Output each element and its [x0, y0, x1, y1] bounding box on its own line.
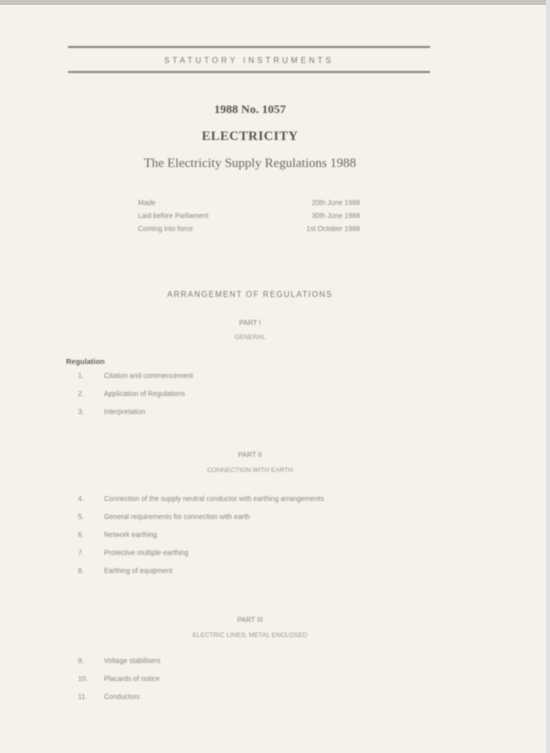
item-number: 7.: [78, 550, 104, 557]
arrangement-heading: ARRANGEMENT OF REGULATIONS: [0, 290, 500, 299]
date-row: Made 20th June 1988: [138, 200, 360, 213]
item-number: 9.: [78, 658, 104, 665]
item-number: 2.: [78, 391, 104, 398]
part-heading: GENERAL: [0, 334, 500, 341]
item-number: 10.: [78, 676, 104, 683]
date-value: 30th June 1988: [312, 213, 360, 226]
item-text: Network earthing: [104, 532, 157, 539]
date-label: Laid before Parliament: [138, 213, 208, 226]
date-label: Coming into force: [138, 226, 193, 239]
item-text: Placards of notice: [104, 676, 160, 683]
list-item: 2.Application of Regulations: [78, 385, 193, 403]
date-value: 20th June 1988: [312, 200, 360, 213]
regulation-column-label: Regulation: [66, 357, 105, 366]
list-item: 8.Earthing of equipment: [78, 562, 324, 580]
list-item: 7.Protective multiple earthing: [78, 544, 324, 562]
item-text: Protective multiple earthing: [104, 550, 188, 557]
list-item: 10.Placards of notice: [78, 670, 160, 688]
list-item: 3.Interpretation: [78, 403, 193, 421]
item-number: 8.: [78, 568, 104, 575]
date-row: Laid before Parliament 30th June 1988: [138, 213, 360, 226]
list-item: 4.Connection of the supply neutral condu…: [78, 490, 324, 508]
list-item: 1.Citation and commencement: [78, 367, 193, 385]
item-text: Application of Regulations: [104, 391, 185, 398]
instrument-number: 1988 No. 1057: [0, 102, 500, 117]
item-number: 6.: [78, 532, 104, 539]
item-text: General requirements for connection with…: [104, 514, 250, 521]
item-text: Connection of the supply neutral conduct…: [104, 496, 324, 503]
item-text: Citation and commencement: [104, 373, 193, 380]
document-page: STATUTORY INSTRUMENTS 1988 No. 1057 ELEC…: [0, 0, 550, 753]
header-rule-top: [68, 46, 430, 48]
item-number: 3.: [78, 409, 104, 416]
item-number: 11.: [78, 694, 104, 701]
item-number: 1.: [78, 373, 104, 380]
item-text: Conductors: [104, 694, 140, 701]
series-heading: STATUTORY INSTRUMENTS: [68, 56, 430, 65]
item-text: Voltage stabilisers: [104, 658, 160, 665]
part-label: PART I: [0, 320, 500, 327]
subject-heading: ELECTRICITY: [0, 128, 500, 144]
list-item: 5.General requirements for connection wi…: [78, 508, 324, 526]
list-item: 6.Network earthing: [78, 526, 324, 544]
item-text: Interpretation: [104, 409, 145, 416]
date-value: 1st October 1988: [306, 226, 360, 239]
header-rule-bottom: [68, 71, 430, 73]
part-heading: ELECTRIC LINES, METAL ENCLOSED: [0, 632, 500, 639]
date-label: Made: [138, 200, 156, 213]
part-heading: CONNECTION WITH EARTH: [0, 467, 500, 474]
part-2-list: 4.Connection of the supply neutral condu…: [78, 490, 324, 580]
part-1-list: 1.Citation and commencement 2.Applicatio…: [78, 367, 193, 421]
part-label: PART III: [0, 617, 500, 624]
document-title: The Electricity Supply Regulations 1988: [0, 155, 500, 171]
list-item: 11.Conductors: [78, 688, 160, 706]
item-text: Earthing of equipment: [104, 568, 173, 575]
dates-block: Made 20th June 1988 Laid before Parliame…: [138, 200, 360, 239]
part-label: PART II: [0, 452, 500, 459]
list-item: 9.Voltage stabilisers: [78, 652, 160, 670]
item-number: 4.: [78, 496, 104, 503]
date-row: Coming into force 1st October 1988: [138, 226, 360, 239]
part-3-list: 9.Voltage stabilisers 10.Placards of not…: [78, 652, 160, 706]
item-number: 5.: [78, 514, 104, 521]
